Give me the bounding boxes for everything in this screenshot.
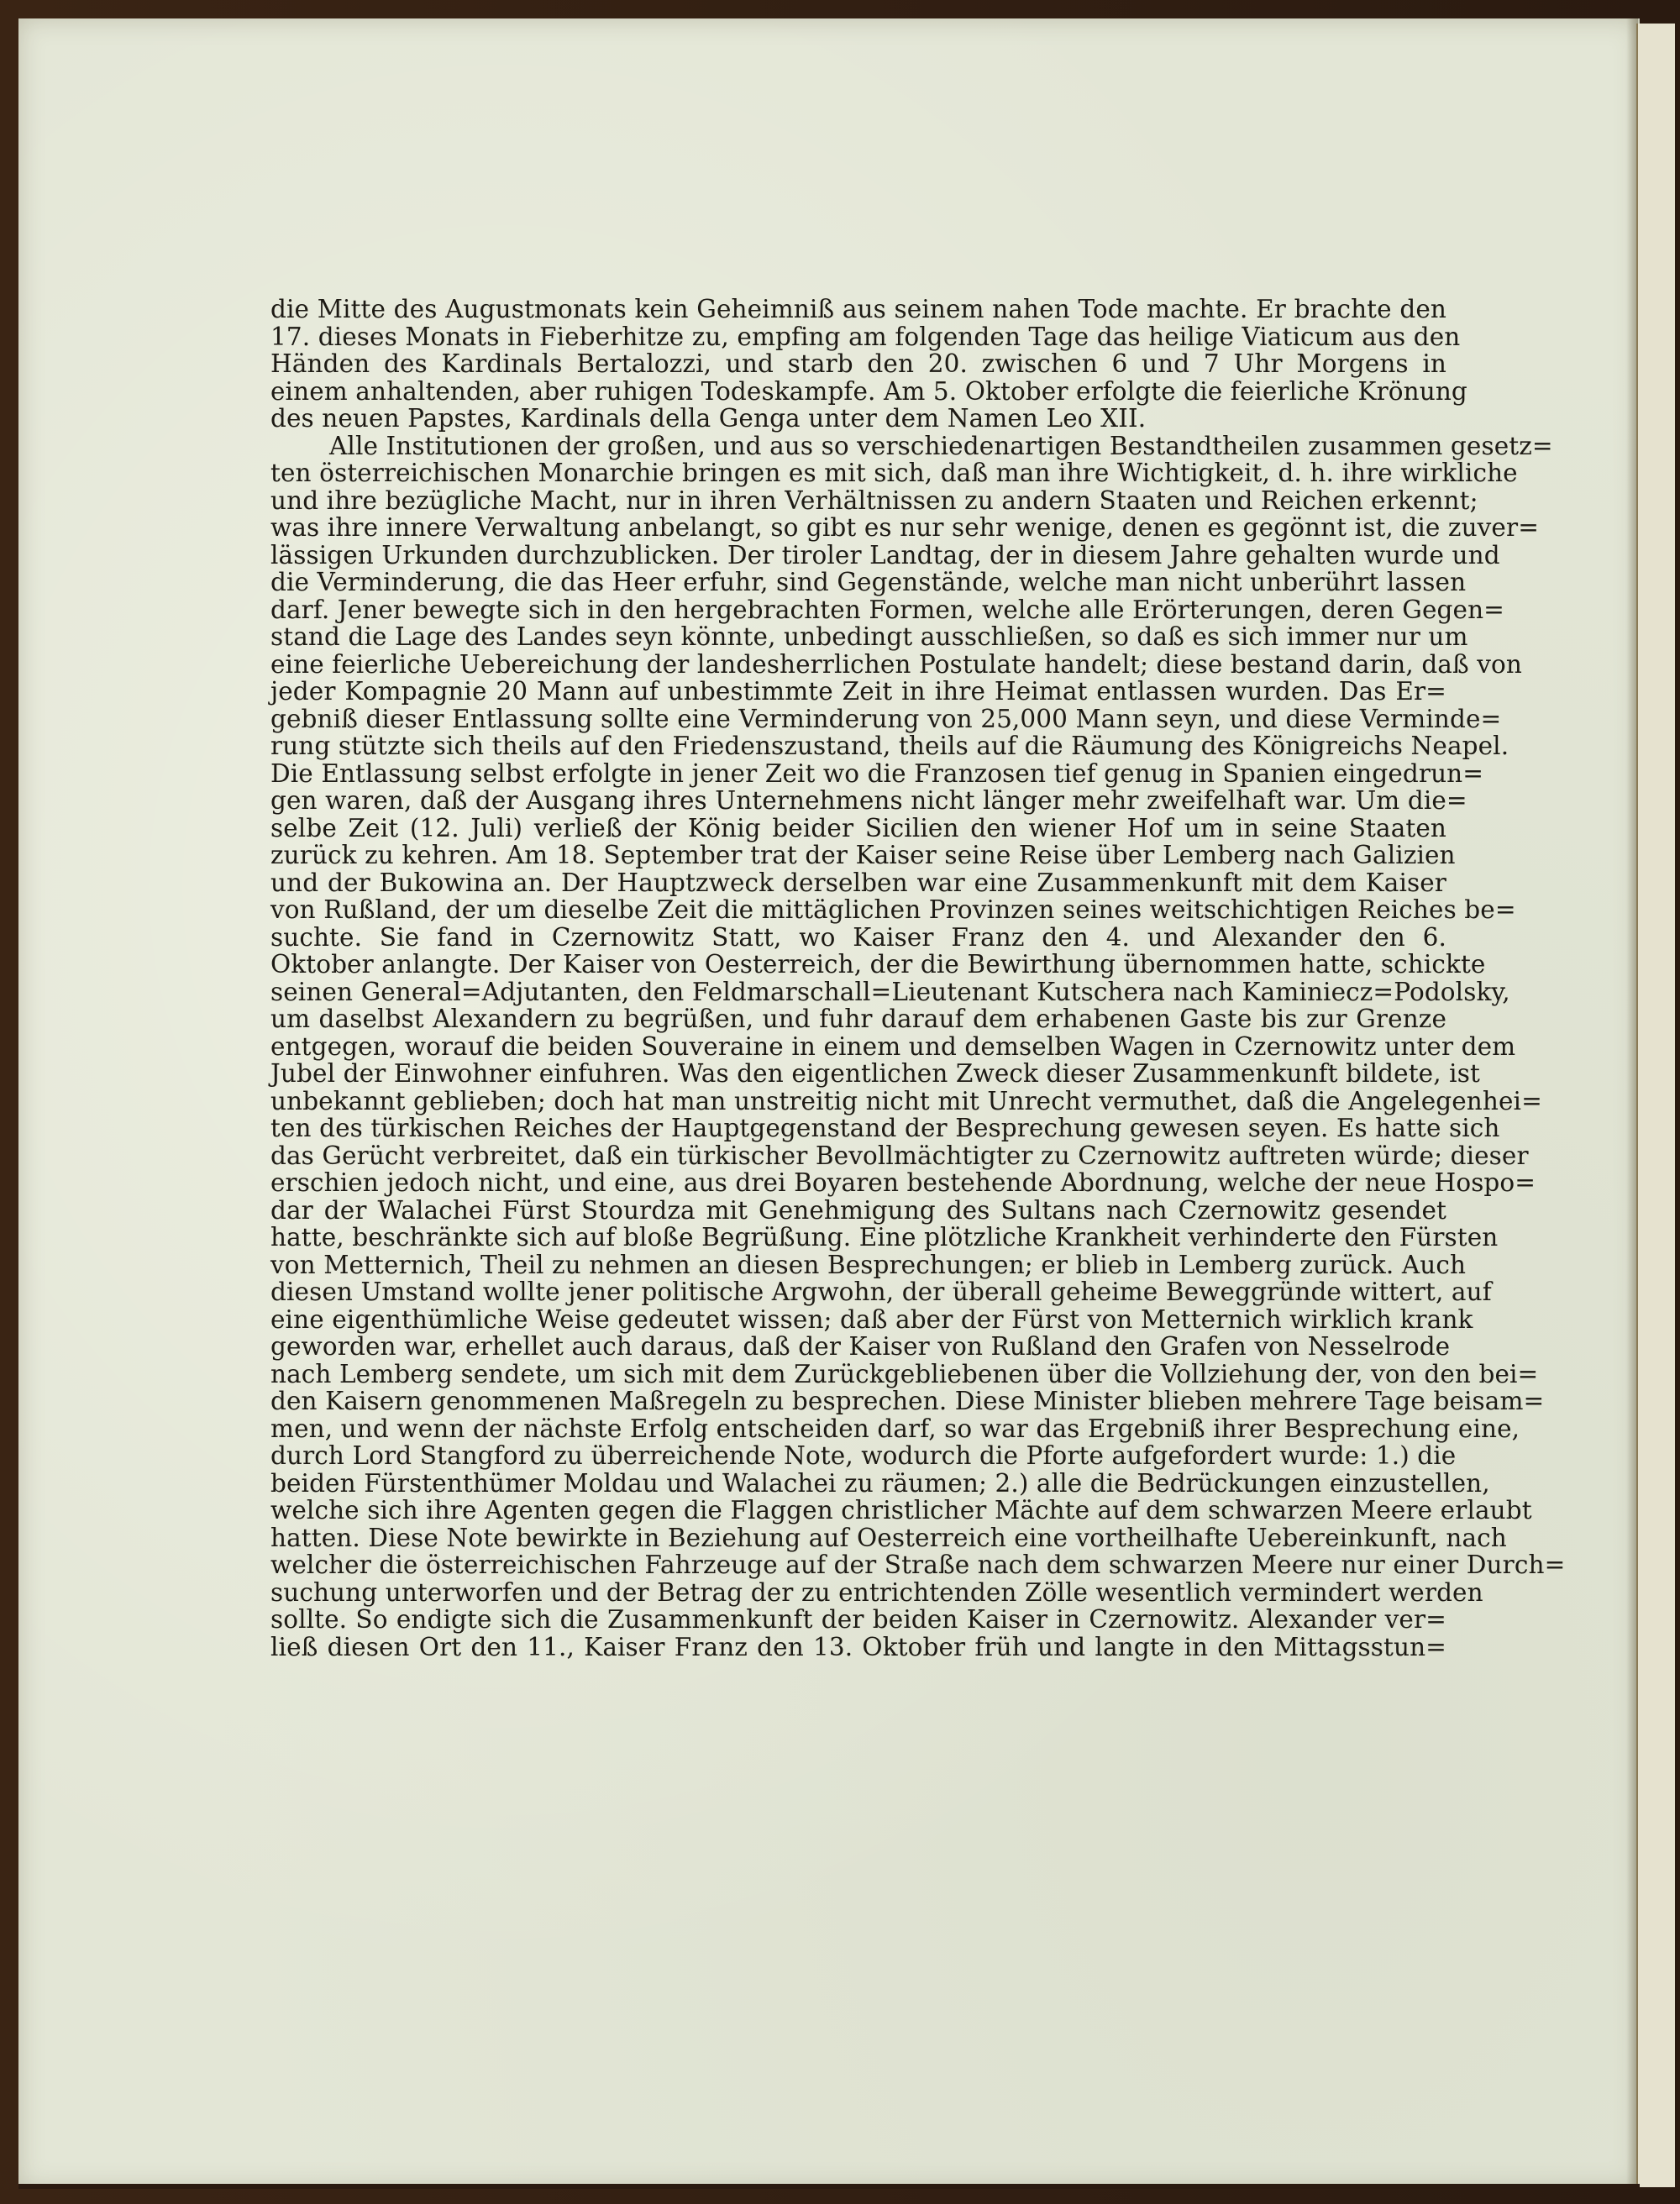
text-line: gen waren, daß der Ausgang ihres Unterne…	[270, 787, 1446, 815]
text-line: suchung unterworfen und der Betrag der z…	[270, 1579, 1446, 1607]
text-line: gebniß dieser Entlassung sollte eine Ver…	[270, 706, 1446, 733]
text-line: selbe Zeit (12. Juli) verließ der König …	[270, 815, 1446, 842]
text-line: einem anhaltenden, aber ruhigen Todeskam…	[270, 378, 1446, 406]
text-line: Jubel der Einwohner einfuhren. Was den e…	[270, 1060, 1446, 1088]
text-line: 17. dieses Monats in Fieberhitze zu, emp…	[270, 323, 1446, 351]
text-line: beiden Fürstenthümer Moldau und Walachei…	[270, 1470, 1446, 1498]
text-line: jeder Kompagnie 20 Mann auf unbestimmte …	[270, 678, 1446, 706]
text-line: ließ diesen Ort den 11., Kaiser Franz de…	[270, 1634, 1446, 1661]
text-line: die Mitte des Augustmonats kein Geheimni…	[270, 296, 1446, 323]
text-line: zurück zu kehren. Am 18. September trat …	[270, 842, 1446, 869]
text-line: stand die Lage des Landes seyn könnte, u…	[270, 623, 1446, 651]
text-line: das Gerücht verbreitet, daß ein türkisch…	[270, 1142, 1446, 1170]
text-line: sollte. So endigte sich die Zusammenkunf…	[270, 1606, 1446, 1634]
text-line: seinen General=Adjutanten, den Feldmarsc…	[270, 979, 1446, 1006]
adjacent-page-edge	[1636, 24, 1675, 2187]
text-line: geworden war, erhellet auch daraus, daß …	[270, 1333, 1446, 1361]
text-line: erschien jedoch nicht, und eine, aus dre…	[270, 1169, 1446, 1197]
text-line: ten österreichischen Monarchie bringen e…	[270, 459, 1446, 487]
text-line: dar der Walachei Fürst Stourdza mit Gene…	[270, 1197, 1446, 1225]
text-line-paragraph-end: des neuen Papstes, Kardinals della Genga…	[270, 405, 1446, 433]
text-line: unbekannt geblieben; doch hat man unstre…	[270, 1088, 1446, 1115]
text-line: welcher die österreichischen Fahrzeuge a…	[270, 1551, 1446, 1579]
text-line: die Verminderung, die das Heer erfuhr, s…	[270, 569, 1446, 596]
text-line: eine eigenthümliche Weise gedeutet wisse…	[270, 1306, 1446, 1334]
text-line: Oktober anlangte. Der Kaiser von Oesterr…	[270, 951, 1446, 979]
text-line: um daselbst Alexandern zu begrüßen, und …	[270, 1005, 1446, 1033]
text-line: den Kaisern genommenen Maßregeln zu besp…	[270, 1388, 1446, 1415]
scan-bottom-edge	[18, 2184, 1640, 2189]
text-line: rung stützte sich theils auf den Frieden…	[270, 732, 1446, 760]
text-line: hatte, beschränkte sich auf bloße Begrüß…	[270, 1224, 1446, 1252]
text-line: entgegen, worauf die beiden Souveraine i…	[270, 1033, 1446, 1061]
text-line-paragraph-start: Alle Institutionen der großen, und aus s…	[270, 433, 1446, 460]
text-line: von Metternich, Theil zu nehmen an diese…	[270, 1252, 1446, 1279]
text-line: lässigen Urkunden durchzublicken. Der ti…	[270, 542, 1446, 569]
text-line: hatten. Diese Note bewirkte in Beziehung…	[270, 1524, 1446, 1552]
text-line: suchte. Sie fand in Czernowitz Statt, wo…	[270, 924, 1446, 952]
body-text: die Mitte des Augustmonats kein Geheimni…	[270, 296, 1446, 1661]
text-line: was ihre innere Verwaltung anbelangt, so…	[270, 514, 1446, 542]
text-line: ten des türkischen Reiches der Hauptgege…	[270, 1115, 1446, 1142]
text-line: diesen Umstand wollte jener politische A…	[270, 1278, 1446, 1306]
text-line: darf. Jener bewegte sich in den hergebra…	[270, 596, 1446, 624]
text-line: Händen des Kardinals Bertalozzi, und sta…	[270, 350, 1446, 378]
text-line: und ihre bezügliche Macht, nur in ihren …	[270, 487, 1446, 515]
text-line: men, und wenn der nächste Erfolg entsche…	[270, 1415, 1446, 1443]
text-line: eine feierliche Uebereichung der landesh…	[270, 651, 1446, 679]
text-line: nach Lemberg sendete, um sich mit dem Zu…	[270, 1361, 1446, 1388]
text-line: von Rußland, der um dieselbe Zeit die mi…	[270, 896, 1446, 924]
text-line: durch Lord Stangford zu überreichende No…	[270, 1442, 1446, 1470]
text-line: Die Entlassung selbst erfolgte in jener …	[270, 760, 1446, 788]
text-line: welche sich ihre Agenten gegen die Flagg…	[270, 1497, 1446, 1524]
text-line: und der Bukowina an. Der Hauptzweck ders…	[270, 869, 1446, 897]
